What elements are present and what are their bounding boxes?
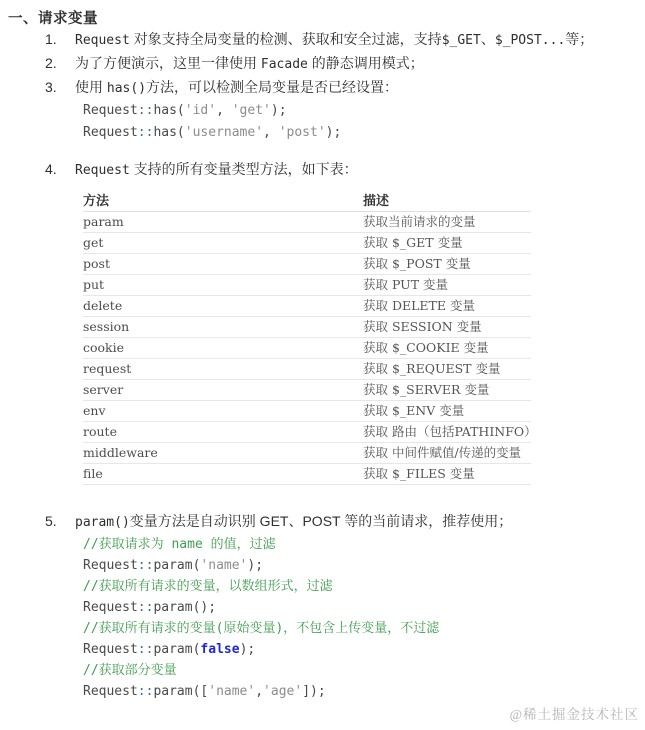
table-row: delete获取 DELETE 变量 (83, 296, 531, 317)
code-comment-line: //获取部分变量 (83, 660, 645, 681)
table-row: server获取 $_SERVER 变量 (83, 380, 531, 401)
table-row: file获取 $_FILES 变量 (83, 464, 531, 485)
code-line: Request::has('id', 'get'); (83, 100, 645, 122)
code-token: Request (83, 684, 138, 699)
description-cell: 获取 中间件赋值/传递的变量 (363, 443, 531, 464)
description-cell: 获取 DELETE 变量 (363, 296, 531, 317)
inline-code: param() (75, 515, 130, 530)
code-token: ); (326, 125, 342, 140)
method-cell: put (83, 275, 363, 296)
item-text: 使用 has()方法，可以检测全局变量是否已经设置： (75, 76, 398, 100)
code-token: Request (83, 600, 138, 615)
item-number: 1. (45, 28, 75, 52)
code-line: Request::param(false); (83, 639, 645, 660)
code-token: ); (271, 103, 287, 118)
text-segment: 方法，可以检测全局变量是否已经设置： (146, 79, 398, 95)
code-token: 'name' (208, 684, 255, 699)
code-line: Request::param(); (83, 597, 645, 618)
method-cell: server (83, 380, 363, 401)
code-token: param( (153, 642, 200, 657)
code-line: Request::param('name'); (83, 555, 645, 576)
code-token: :: (138, 125, 154, 140)
code-token: 'post' (279, 125, 326, 140)
code-token: //获取部分变量 (83, 663, 177, 678)
item-number: 2. (45, 52, 75, 76)
code-token: ]); (302, 684, 325, 699)
code-block-has: Request::has('id', 'get');Request::has('… (83, 100, 645, 144)
code-token: ); (240, 642, 256, 657)
code-token: 'name' (200, 558, 247, 573)
code-block-param: //获取请求为 name 的值，过滤Request::param('name')… (83, 534, 645, 702)
code-line: Request::has('username', 'post'); (83, 122, 645, 144)
code-token: false (200, 642, 239, 657)
text-segment: 的静态调用模式； (308, 55, 424, 71)
code-token: has( (153, 125, 184, 140)
methods-table: 方法 描述 param获取当前请求的变量get获取 $_GET 变量post获取… (83, 190, 531, 485)
text-segment: 支持的所有变量类型方法，如下表： (130, 161, 358, 177)
code-token: 'get' (232, 103, 271, 118)
table-row: put获取 PUT 变量 (83, 275, 531, 296)
table-header-row: 方法 描述 (83, 190, 531, 212)
code-token: :: (138, 600, 154, 615)
description-cell: 获取 $_FILES 变量 (363, 464, 531, 485)
description-cell: 获取 PUT 变量 (363, 275, 531, 296)
table-row: session获取 SESSION 变量 (83, 317, 531, 338)
method-cell: middleware (83, 443, 363, 464)
table-row: post获取 $_POST 变量 (83, 254, 531, 275)
code-comment-line: //获取所有请求的变量，以数组形式，过滤 (83, 576, 645, 597)
code-token: , (255, 684, 263, 699)
table-row: get获取 $_GET 变量 (83, 233, 531, 254)
column-header-method: 方法 (83, 190, 363, 212)
method-cell: post (83, 254, 363, 275)
code-comment-line: //获取所有请求的变量(原始变量)，不包含上传变量，不过滤 (83, 618, 645, 639)
code-token: //获取请求为 name 的值，过滤 (83, 537, 276, 552)
table-row: param获取当前请求的变量 (83, 212, 531, 233)
description-cell: 获取当前请求的变量 (363, 212, 531, 233)
description-cell: 获取 $_REQUEST 变量 (363, 359, 531, 380)
code-token: :: (138, 558, 154, 573)
item-text: Request 对象支持全局变量的检测、获取和安全过滤，支持$_GET、$_PO… (75, 28, 593, 52)
column-header-description: 描述 (363, 190, 531, 212)
list-item-2: 2.为了方便演示，这里一律使用 Facade 的静态调用模式； (8, 52, 645, 76)
text-segment: 、 (481, 31, 495, 47)
code-token: 'age' (263, 684, 302, 699)
text-segment: 变量方法是自动识别 GET、POST 等的当前请求，推荐使用； (130, 513, 512, 529)
code-token: :: (138, 103, 154, 118)
method-cell: file (83, 464, 363, 485)
method-cell: param (83, 212, 363, 233)
item-text: 为了方便演示，这里一律使用 Facade 的静态调用模式； (75, 52, 424, 76)
code-token: has( (153, 103, 184, 118)
method-cell: session (83, 317, 363, 338)
inline-code: Facade (261, 57, 308, 72)
inline-code: Request (75, 33, 130, 48)
method-cell: request (83, 359, 363, 380)
table-row: cookie获取 $_COOKIE 变量 (83, 338, 531, 359)
code-token: //获取所有请求的变量，以数组形式，过滤 (83, 579, 333, 594)
code-token: 'id' (185, 103, 216, 118)
item-number: 4. (45, 158, 75, 182)
table-row: request获取 $_REQUEST 变量 (83, 359, 531, 380)
document-page: 一、请求变量 1.Request 对象支持全局变量的检测、获取和安全过滤，支持$… (0, 10, 645, 702)
inline-code: $_POST... (495, 33, 565, 48)
text-segment: 等； (565, 31, 593, 47)
description-cell: 获取 $_SERVER 变量 (363, 380, 531, 401)
code-token: Request (83, 125, 138, 140)
methods-table-body: param获取当前请求的变量get获取 $_GET 变量post获取 $_POS… (83, 212, 531, 485)
method-cell: route (83, 422, 363, 443)
code-token: , (216, 103, 232, 118)
code-token: Request (83, 103, 138, 118)
list-item-1: 1.Request 对象支持全局变量的检测、获取和安全过滤，支持$_GET、$_… (8, 28, 645, 52)
code-comment-line: //获取请求为 name 的值，过滤 (83, 534, 645, 555)
table-row: middleware获取 中间件赋值/传递的变量 (83, 443, 531, 464)
code-token: param( (153, 558, 200, 573)
code-token: :: (138, 684, 154, 699)
code-token: Request (83, 642, 138, 657)
code-token: 'username' (185, 125, 263, 140)
page-title: 一、请求变量 (8, 10, 645, 28)
item-number: 5. (45, 510, 75, 534)
code-token: param(); (153, 600, 216, 615)
item-text: param()变量方法是自动识别 GET、POST 等的当前请求，推荐使用； (75, 510, 512, 534)
code-token: param([ (153, 684, 208, 699)
method-cell: delete (83, 296, 363, 317)
method-cell: cookie (83, 338, 363, 359)
code-token: Request (83, 558, 138, 573)
watermark: @稀土掘金技术社区 (510, 703, 639, 723)
code-token: :: (138, 642, 154, 657)
inline-code: has() (107, 81, 146, 96)
method-cell: env (83, 401, 363, 422)
description-cell: 获取 $_GET 变量 (363, 233, 531, 254)
description-cell: 获取 $_POST 变量 (363, 254, 531, 275)
text-segment: 对象支持全局变量的检测、获取和安全过滤，支持 (130, 31, 442, 47)
code-token: //获取所有请求的变量(原始变量)，不包含上传变量，不过滤 (83, 621, 439, 636)
inline-code: Request (75, 163, 130, 178)
code-line: Request::param(['name','age']); (83, 681, 645, 702)
item-number: 3. (45, 76, 75, 100)
item-text: Request 支持的所有变量类型方法，如下表： (75, 158, 358, 182)
table-row: env获取 $_ENV 变量 (83, 401, 531, 422)
table-row: route获取 路由（包括PATHINFO） 变量 (83, 422, 531, 443)
method-cell: get (83, 233, 363, 254)
text-segment: 为了方便演示，这里一律使用 (75, 55, 261, 71)
description-cell: 获取 $_COOKIE 变量 (363, 338, 531, 359)
description-cell: 获取 $_ENV 变量 (363, 401, 531, 422)
list-item-3: 3.使用 has()方法，可以检测全局变量是否已经设置： (8, 76, 645, 100)
description-cell: 获取 SESSION 变量 (363, 317, 531, 338)
inline-code: $_GET (442, 33, 481, 48)
code-token: ); (247, 558, 263, 573)
list-item-4: 4.Request 支持的所有变量类型方法，如下表： (8, 158, 645, 182)
list-item-5: 5.param()变量方法是自动识别 GET、POST 等的当前请求，推荐使用； (8, 510, 645, 534)
code-token: , (263, 125, 279, 140)
description-cell: 获取 路由（包括PATHINFO） 变量 (363, 422, 531, 443)
text-segment: 使用 (75, 79, 107, 95)
